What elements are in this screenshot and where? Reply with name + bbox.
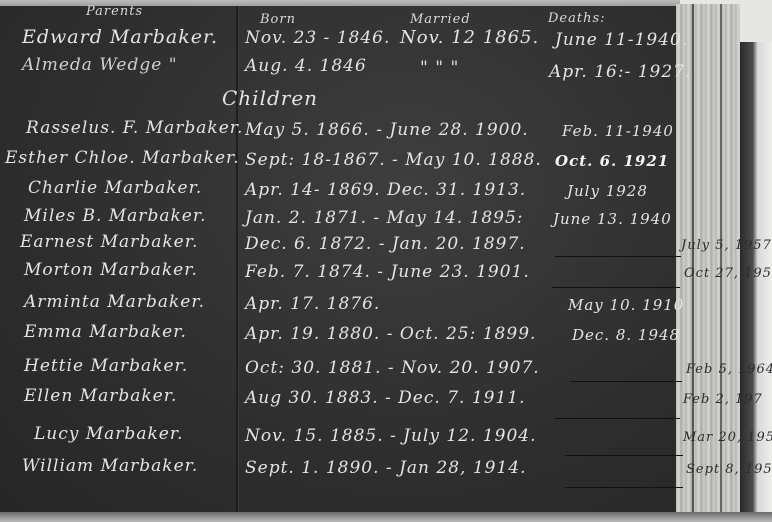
child-born-married: Apr. 19. 1880. - Oct. 25: 1899. [245, 324, 536, 344]
child-name: Miles B. Marbaker. [24, 206, 206, 226]
header-married: Married [410, 12, 471, 27]
child-born-married: Aug 30. 1883. - Dec. 7. 1911. [245, 388, 525, 408]
header-deaths: Deaths: [548, 11, 606, 26]
child-death: Dec. 8. 1948 [572, 326, 680, 344]
parent-name: Almeda Wedge " [22, 55, 178, 75]
child-name: William Marbaker. [22, 456, 198, 476]
child-name: Morton Marbaker. [24, 260, 198, 280]
ink-line [552, 287, 680, 288]
child-name: Hettie Marbaker. [24, 356, 188, 376]
parent-married: Nov. 12 1865. [400, 27, 539, 48]
header-children: Children [222, 86, 318, 110]
child-death: Feb 2, 197 [683, 392, 763, 407]
header-parents: Parents [86, 4, 143, 19]
parent-married: " " " [420, 58, 459, 78]
child-name: Charlie Marbaker. [28, 178, 202, 198]
child-born-married: May 5. 1866. - June 28. 1900. [245, 120, 529, 140]
child-born-married: Sept. 1. 1890. - Jan 28, 1914. [245, 458, 526, 478]
child-death: Oct. 6. 1921 [555, 152, 669, 170]
child-born-married: Apr. 17. 1876. [245, 294, 380, 314]
child-death: May 10. 1910 [568, 296, 684, 314]
child-death: July 1928 [567, 182, 648, 200]
child-name: Arminta Marbaker. [24, 292, 205, 312]
ink-line [565, 487, 683, 488]
child-name: Rasselus. F. Marbaker. [26, 118, 243, 138]
ink-line [570, 381, 682, 382]
child-born-married: Jan. 2. 1871. - May 14. 1895: [245, 208, 524, 228]
child-death: Oct 27, 195 [684, 266, 772, 281]
parent-name: Edward Marbaker. [22, 26, 218, 48]
parent-death: June 11-1940. [555, 30, 688, 50]
child-name: Ellen Marbaker. [24, 386, 177, 406]
ink-line [565, 455, 683, 456]
child-name: Earnest Marbaker. [20, 232, 198, 252]
child-name: Lucy Marbaker. [34, 424, 183, 444]
child-born-married: Apr. 14- 1869. Dec. 31. 1913. [245, 180, 526, 200]
book-bottom-edge [0, 512, 772, 522]
child-born-married: Sept: 18-1867. - May 10. 1888. [245, 150, 542, 170]
child-name: Esther Chloe. Marbaker. [5, 148, 240, 168]
parent-born: Nov. 23 - 1846. [245, 28, 390, 48]
ink-line [555, 256, 681, 257]
child-born-married: Oct: 30. 1881. - Nov. 20. 1907. [245, 358, 540, 378]
child-death: Feb 5, 1964 [686, 362, 772, 377]
page-fold [236, 6, 238, 514]
child-born-married: Dec. 6. 1872. - Jan. 20. 1897. [245, 234, 526, 254]
child-death: July 5, 1957 [681, 238, 772, 253]
parent-death: Apr. 16:- 1927. [549, 62, 691, 82]
child-death: Mar 20, 195 [683, 430, 772, 445]
child-death: Sept 8, 195 [686, 462, 772, 477]
child-born-married: Feb. 7. 1874. - June 23. 1901. [245, 262, 530, 282]
header-born: Born [260, 12, 296, 27]
child-name: Emma Marbaker. [24, 322, 187, 342]
child-born-married: Nov. 15. 1885. - July 12. 1904. [245, 426, 536, 446]
child-death: June 13. 1940 [553, 210, 672, 228]
child-death: Feb. 11-1940 [562, 122, 674, 140]
ink-line [555, 418, 680, 419]
parent-born: Aug. 4. 1846 [245, 56, 367, 76]
